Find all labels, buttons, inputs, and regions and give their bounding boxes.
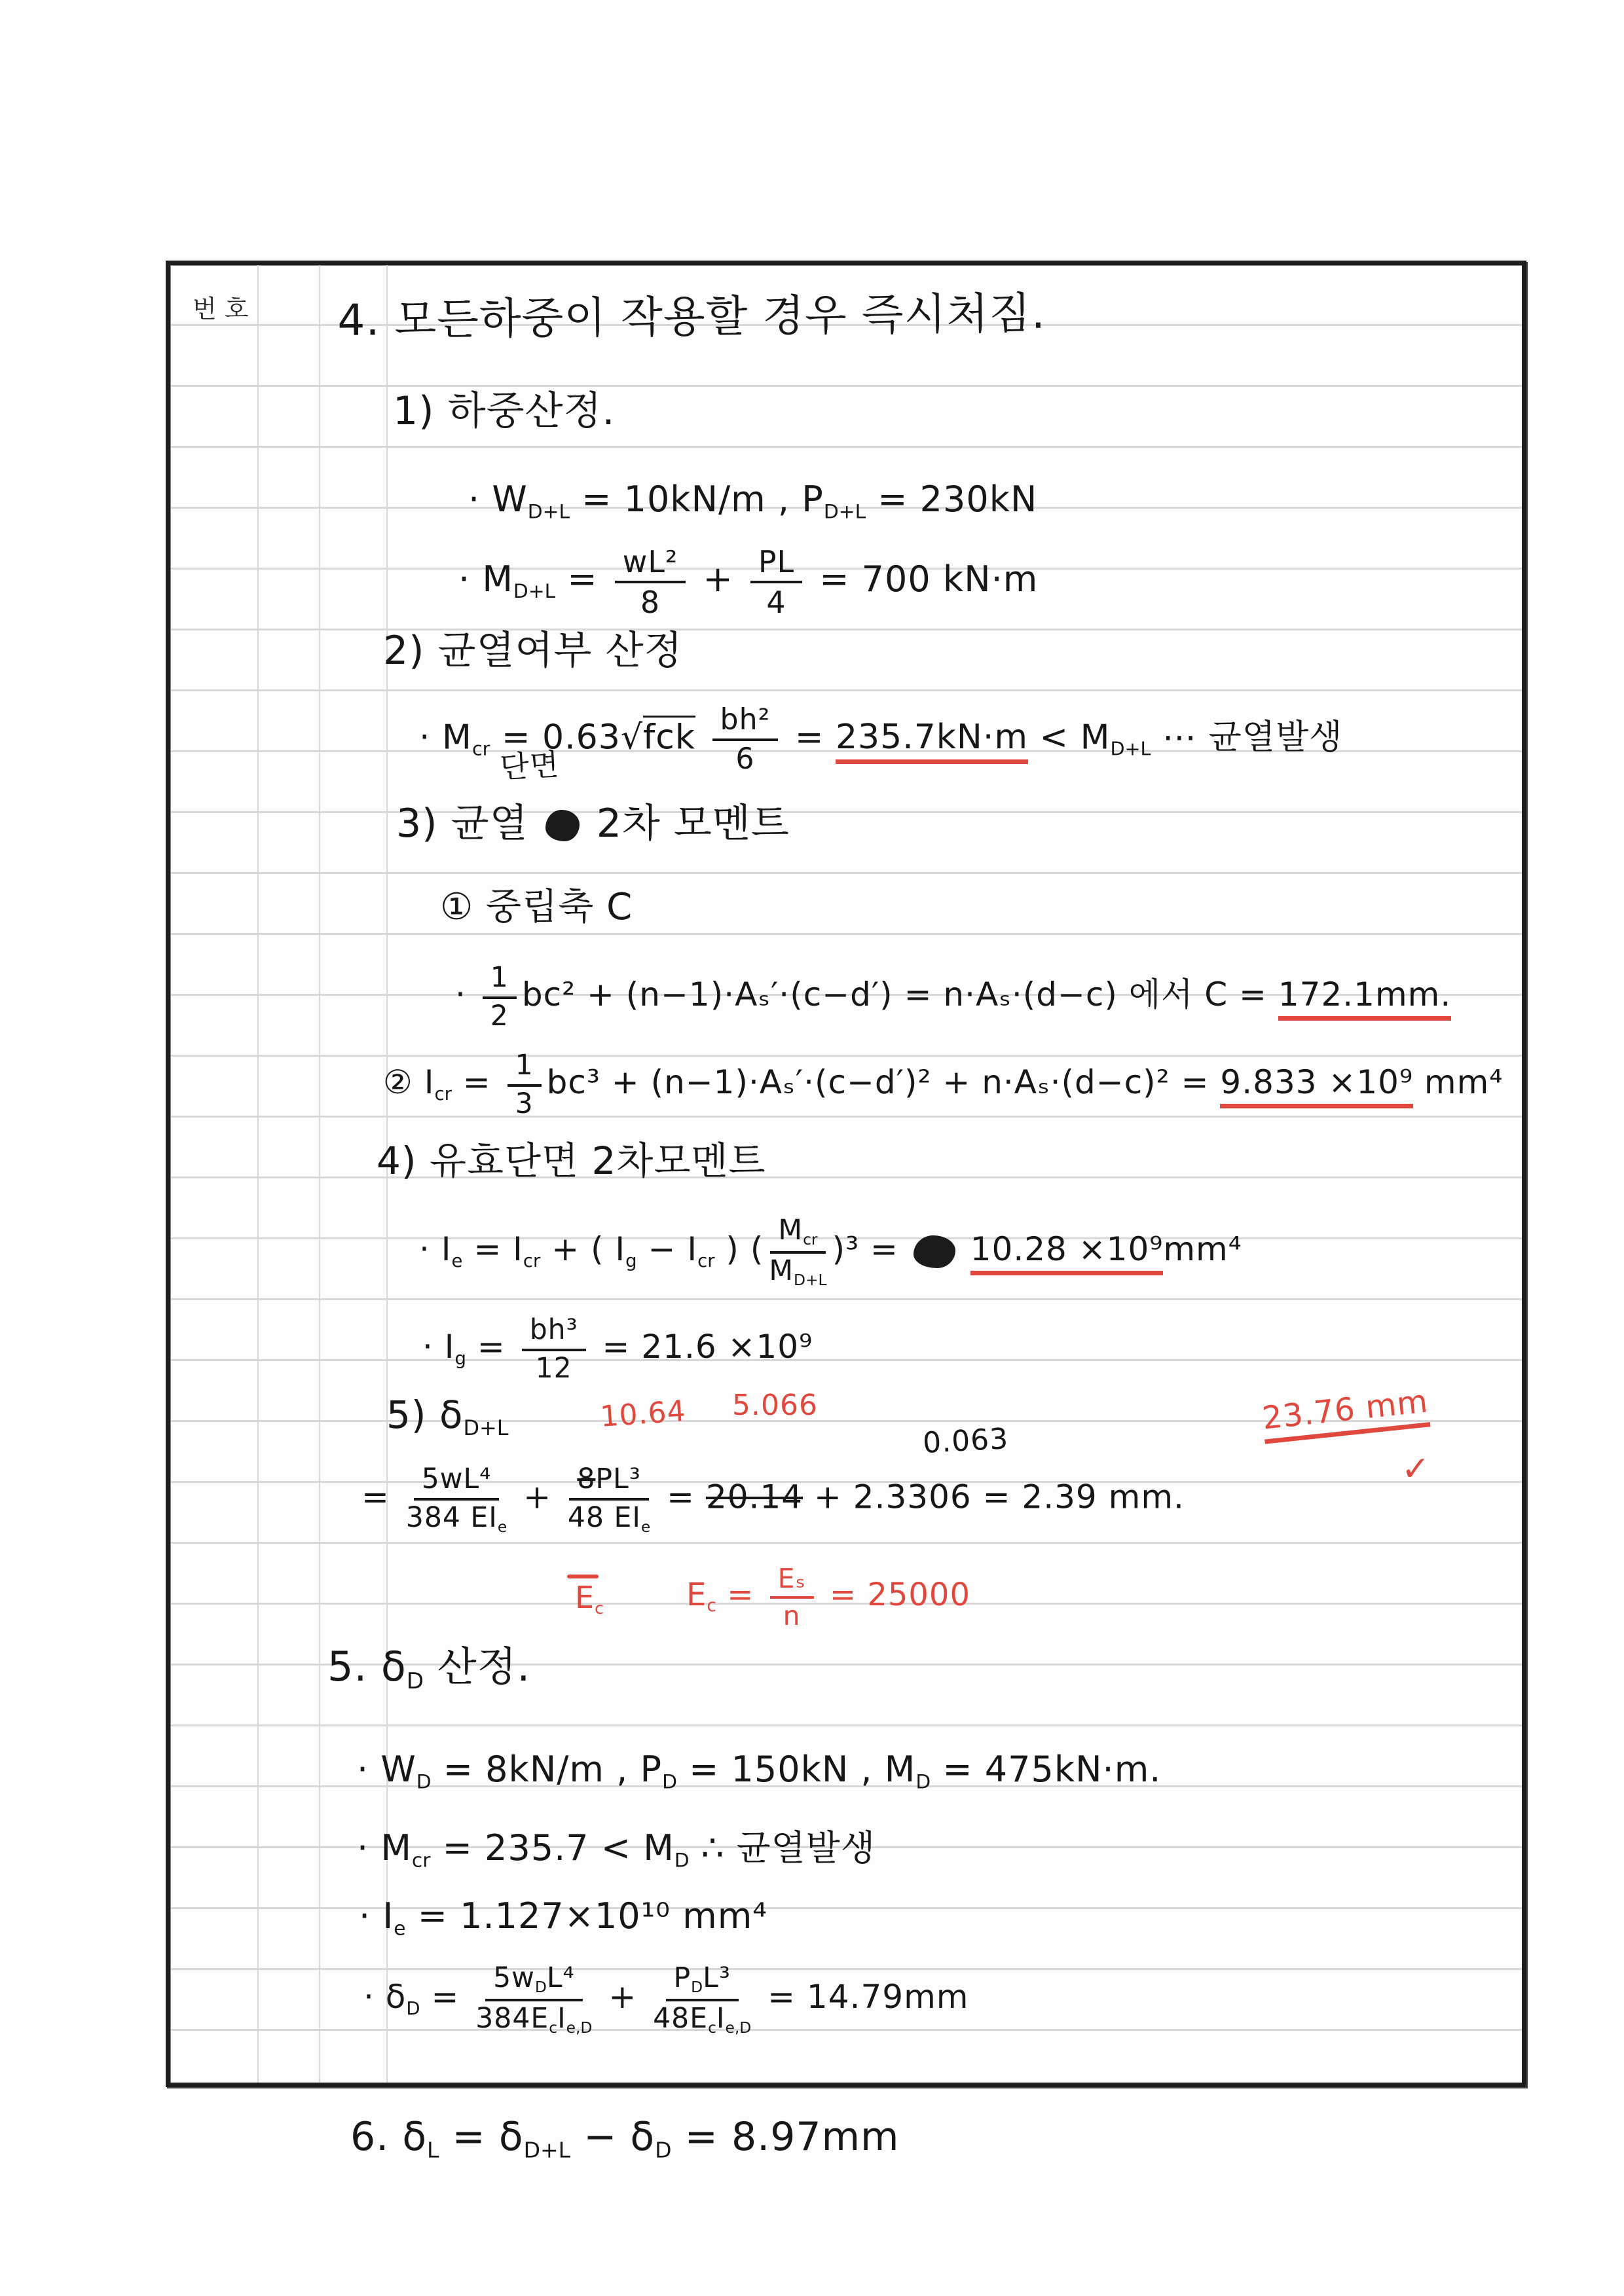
sub1-heading: 1) 하중산정. [393,389,616,434]
ie-eq: · Ie = Icr + ( Ig − Icr ) (McrMD+L)³ = 1… [419,1215,1242,1288]
sub2-heading: 2) 균열여부 산정 [383,629,683,674]
fraction: 12 [483,962,517,1031]
fraction: PL4 [750,545,802,618]
danmyeon-note: 단면 [499,747,561,785]
fraction: 5wDL⁴384EcIe,D [475,1963,592,2035]
delta-d-eq: · δD = 5wDL⁴384EcIe,D + PDL³48EcIe,D = 1… [363,1963,969,2035]
sub4-heading: 4) 유효단면 2차모멘트 [377,1139,766,1183]
black-note-0063: 0.063 [922,1423,1009,1460]
neutral-axis-heading: ① 중립축 C [440,886,633,928]
mcr-compare: · Mcr = 235.7 < MD ∴ 균열발생 [357,1828,876,1872]
ig-eq: · Ig = bh³12 = 21.6 ×10⁹ [422,1315,813,1383]
red-check: ✓ [1401,1450,1431,1489]
fraction: Eₛn [770,1563,814,1630]
red-ec-eq: Ec = Eₛn = 25000 [686,1563,970,1630]
fraction: 5wL⁴384 EIe [406,1464,507,1535]
sec6-line: 6. δL = δD+L − δD = 8.97mm [350,2115,899,2162]
fraction: McrMD+L [769,1215,826,1288]
fraction: wL²8 [615,545,686,618]
moment-eq: · MD+L = wL²8 + PL4 = 700 kN·m [458,545,1038,618]
sec5-heading: 5. δD 산정. [327,1643,530,1694]
dead-load-values: · WD = 8kN/m , PD = 150kN , MD = 475kN·m… [357,1749,1161,1794]
scanned-notebook-page: { "page": { "colors": { "ink": "#171717"… [0,0,1624,2296]
scribble-mark [545,810,580,841]
sub5-heading: 5) δD+L [386,1393,509,1440]
fraction: 8PL³48 EIe [568,1464,650,1535]
red-underline-mark [567,1575,599,1578]
scribble-mark [913,1235,955,1268]
handwriting-layer: 4. 모든하중이 작용할 경우 즉시처짐.1) 하중산정.· WD+L = 10… [0,0,1624,2296]
neutral-axis-eq: · 12bc² + (n−1)·Aₛ′·(c−d′) = n·Aₛ·(d−c) … [455,962,1451,1031]
deflection-eq: = 5wL⁴384 EIe + 8PL³48 EIe = 20.14 + 2.3… [361,1464,1185,1535]
fraction: 13 [507,1050,542,1119]
red-ec-label: Ec [575,1580,604,1618]
red-note-1064: 10.64 [599,1395,687,1434]
load-values: · WD+L = 10kN/m , PD+L = 230kN [468,479,1037,524]
ie-d-value: · Ie = 1.127×10¹⁰ mm⁴ [359,1896,767,1941]
fraction: PDL³48EcIe,D [653,1963,751,2035]
fraction: bh²6 [712,704,779,775]
sub3-heading: 3) 균열 2차 모멘트 [396,801,790,847]
icr-eq: ② Icr = 13bc³ + (n−1)·Aₛ′·(c−d′)² + n·Aₛ… [383,1050,1503,1119]
section4-heading: 4. 모든하중이 작용할 경우 즉시처짐. [337,289,1046,346]
red-note-2376: 23.76 mm [1261,1383,1430,1436]
fraction: bh³12 [522,1315,586,1383]
red-note-5066: 5.066 [732,1389,818,1423]
